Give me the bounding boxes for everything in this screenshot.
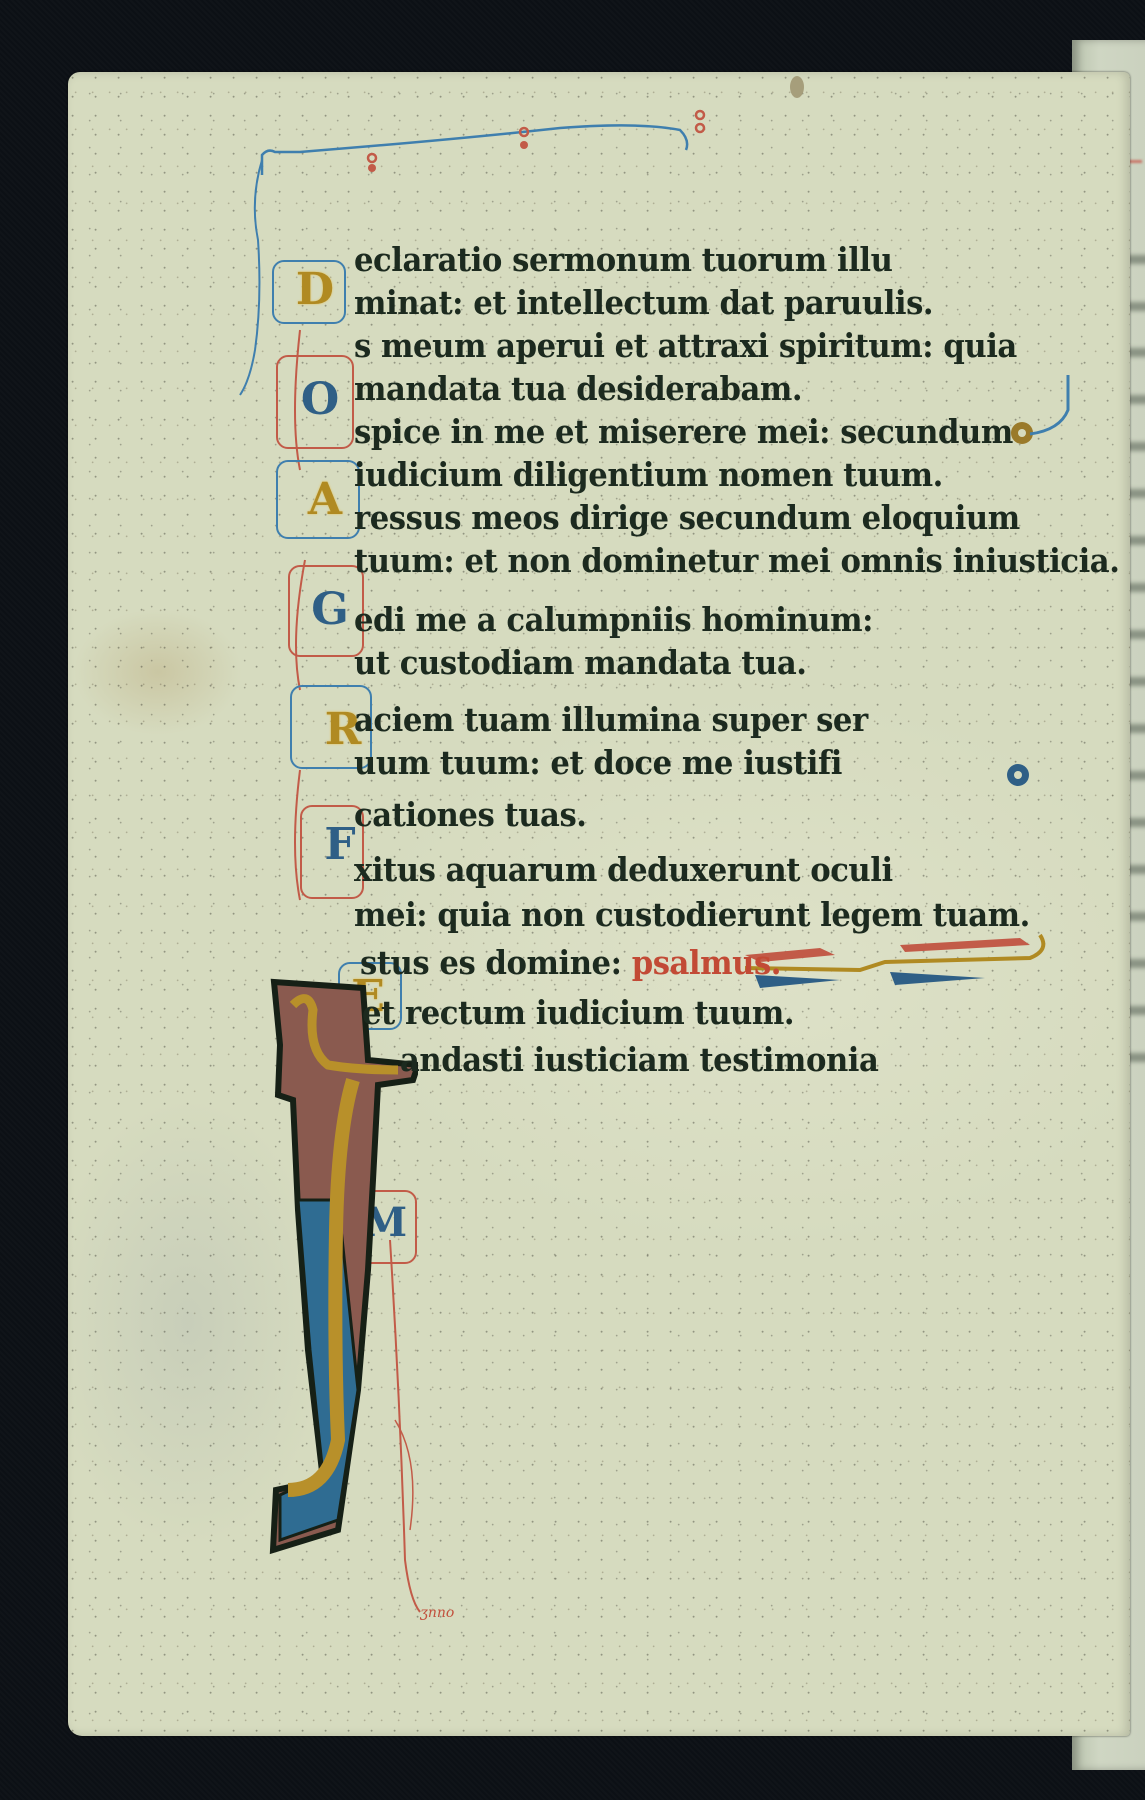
text-line: mandata tua desiderabam. <box>354 369 802 409</box>
text-line: edi me a calumpniis hominum: <box>354 600 873 640</box>
large-initial-j <box>268 970 418 1560</box>
text-segment: stus es domine: <box>360 943 621 982</box>
initial-d: D <box>290 265 340 315</box>
initial-g: G <box>305 585 355 635</box>
text-line: ressus meos dirige secundum eloquium <box>354 498 1020 538</box>
text-line: iudicium diligentium nomen tuum. <box>354 455 943 495</box>
text-line: mei: quia non custodierunt legem tuam. <box>354 895 1030 935</box>
text-line: minat: et intellectum dat paruulis. <box>354 283 933 323</box>
text-line: aciem tuam illumina super ser <box>354 700 868 740</box>
text-line: stus es domine: psalmus. <box>360 943 781 983</box>
text-line: andasti iusticiam testimonia <box>400 1040 878 1080</box>
parchment-stain <box>790 76 804 98</box>
text-line: ut custodiam mandata tua. <box>354 643 806 683</box>
catchword: ʒnno <box>420 1605 454 1621</box>
initial-o: O <box>295 375 345 425</box>
text-line: spice in me et miserere mei: secundum <box>354 412 1013 452</box>
text-line: xitus aquarum deduxerunt oculi <box>354 850 893 890</box>
text-line: s meum aperui et attraxi spiritum: quia <box>354 326 1017 366</box>
text-line: tuum: et non dominetur mei omnis iniusti… <box>354 541 1119 581</box>
text-line: et rectum iudicium tuum. <box>362 993 794 1033</box>
text-line: eclaratio sermonum tuorum illu <box>354 240 892 280</box>
text-line: cationes tuas. <box>354 795 587 835</box>
text-line: uum tuum: et doce me iustifi <box>354 743 842 783</box>
initial-a: A <box>300 475 350 525</box>
rubric-psalmus: psalmus. <box>632 943 781 982</box>
